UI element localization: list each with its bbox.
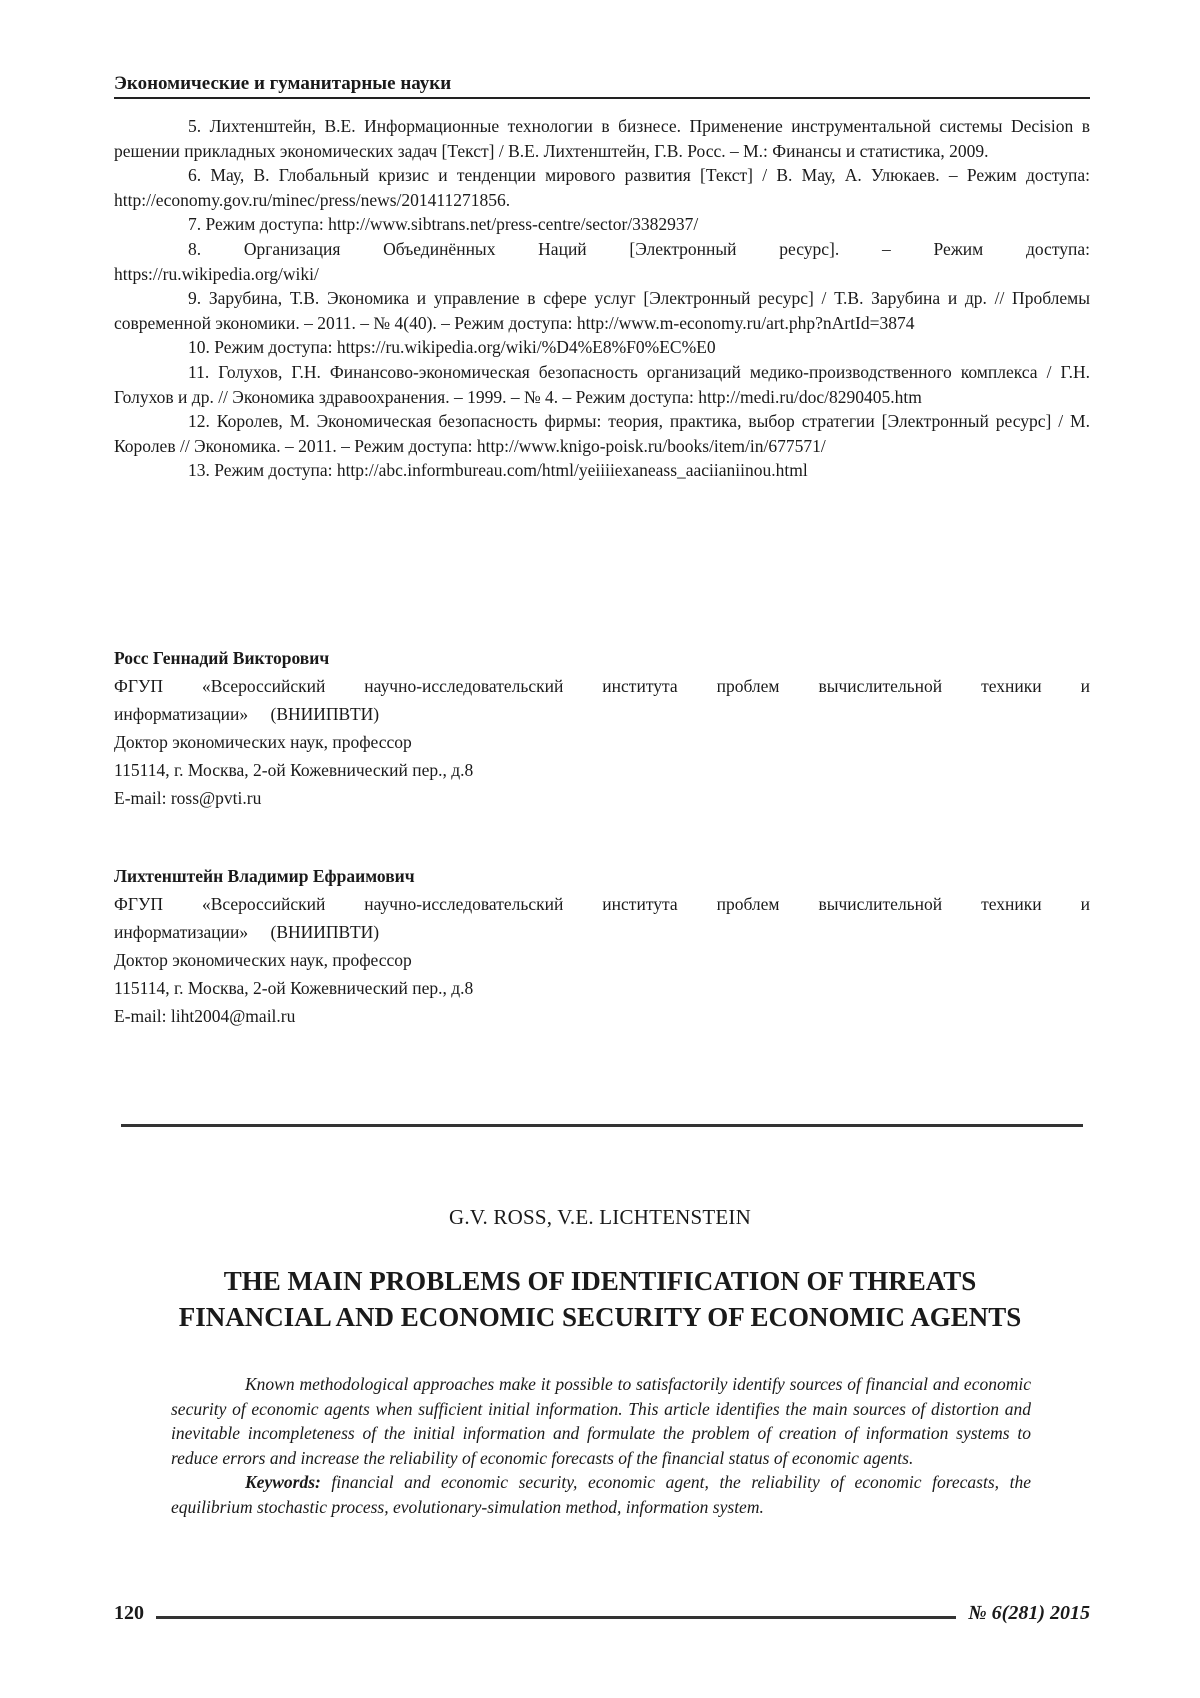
page-footer: 120 № 6(281) 2015 <box>114 1598 1090 1628</box>
author-address: 115114, г. Москва, 2-ой Кожевнический пе… <box>114 974 1090 1002</box>
page-number: 120 <box>114 1602 144 1625</box>
footer-rule <box>156 1616 956 1619</box>
author-info-2: Лихтенштейн Владимир Ефраимович ФГУП «Вс… <box>114 862 1090 1030</box>
reference-item: 11. Голухов, Г.Н. Финансово-экономическа… <box>114 360 1090 409</box>
author-organization: ФГУП «Всероссийский научно-исследователь… <box>114 672 1090 728</box>
section-divider <box>121 1124 1083 1127</box>
author-degree: Доктор экономических наук, профессор <box>114 946 1090 974</box>
author-email: E-mail: ross@pvti.ru <box>114 784 1090 812</box>
author-name: Росс Геннадий Викторович <box>114 644 1090 672</box>
english-title: THE MAIN PROBLEMS OF IDENTIFICATION OF T… <box>0 1263 1200 1335</box>
author-name: Лихтенштейн Владимир Ефраимович <box>114 862 1090 890</box>
reference-item: 9. Зарубина, Т.В. Экономика и управление… <box>114 286 1090 335</box>
title-line-1: THE MAIN PROBLEMS OF IDENTIFICATION OF T… <box>0 1263 1200 1299</box>
running-head: Экономические и гуманитарные науки <box>114 72 1090 99</box>
reference-item: 6. Мау, В. Глобальный кризис и тенденции… <box>114 163 1090 212</box>
reference-item: 13. Режим доступа: http://abc.informbure… <box>114 458 1090 483</box>
reference-item: 12. Королев, М. Экономическая безопаснос… <box>114 409 1090 458</box>
author-email: E-mail: liht2004@mail.ru <box>114 1002 1090 1030</box>
reference-item: 5. Лихтенштейн, В.Е. Информационные техн… <box>114 114 1090 163</box>
author-info-1: Росс Геннадий Викторович ФГУП «Всероссий… <box>114 644 1090 812</box>
author-degree: Доктор экономических наук, профессор <box>114 728 1090 756</box>
keywords: Keywords: financial and economic securit… <box>171 1470 1031 1519</box>
reference-item: 7. Режим доступа: http://www.sibtrans.ne… <box>114 212 1090 237</box>
reference-item: 10. Режим доступа: https://ru.wikipedia.… <box>114 335 1090 360</box>
abstract: Known methodological approaches make it … <box>171 1372 1031 1519</box>
author-organization: ФГУП «Всероссийский научно-исследователь… <box>114 890 1090 946</box>
issue-number: № 6(281) 2015 <box>968 1602 1090 1625</box>
english-authors: G.V. ROSS, V.E. LICHTENSTEIN <box>0 1205 1200 1230</box>
reference-item: 8. Организация Объединённых Наций [Элект… <box>114 237 1090 286</box>
reference-list: 5. Лихтенштейн, В.Е. Информационные техн… <box>114 114 1090 483</box>
abstract-text: Known methodological approaches make it … <box>171 1372 1031 1470</box>
author-address: 115114, г. Москва, 2-ой Кожевнический пе… <box>114 756 1090 784</box>
keywords-label: Keywords: <box>245 1472 321 1492</box>
title-line-2: FINANCIAL AND ECONOMIC SECURITY OF ECONO… <box>0 1299 1200 1335</box>
